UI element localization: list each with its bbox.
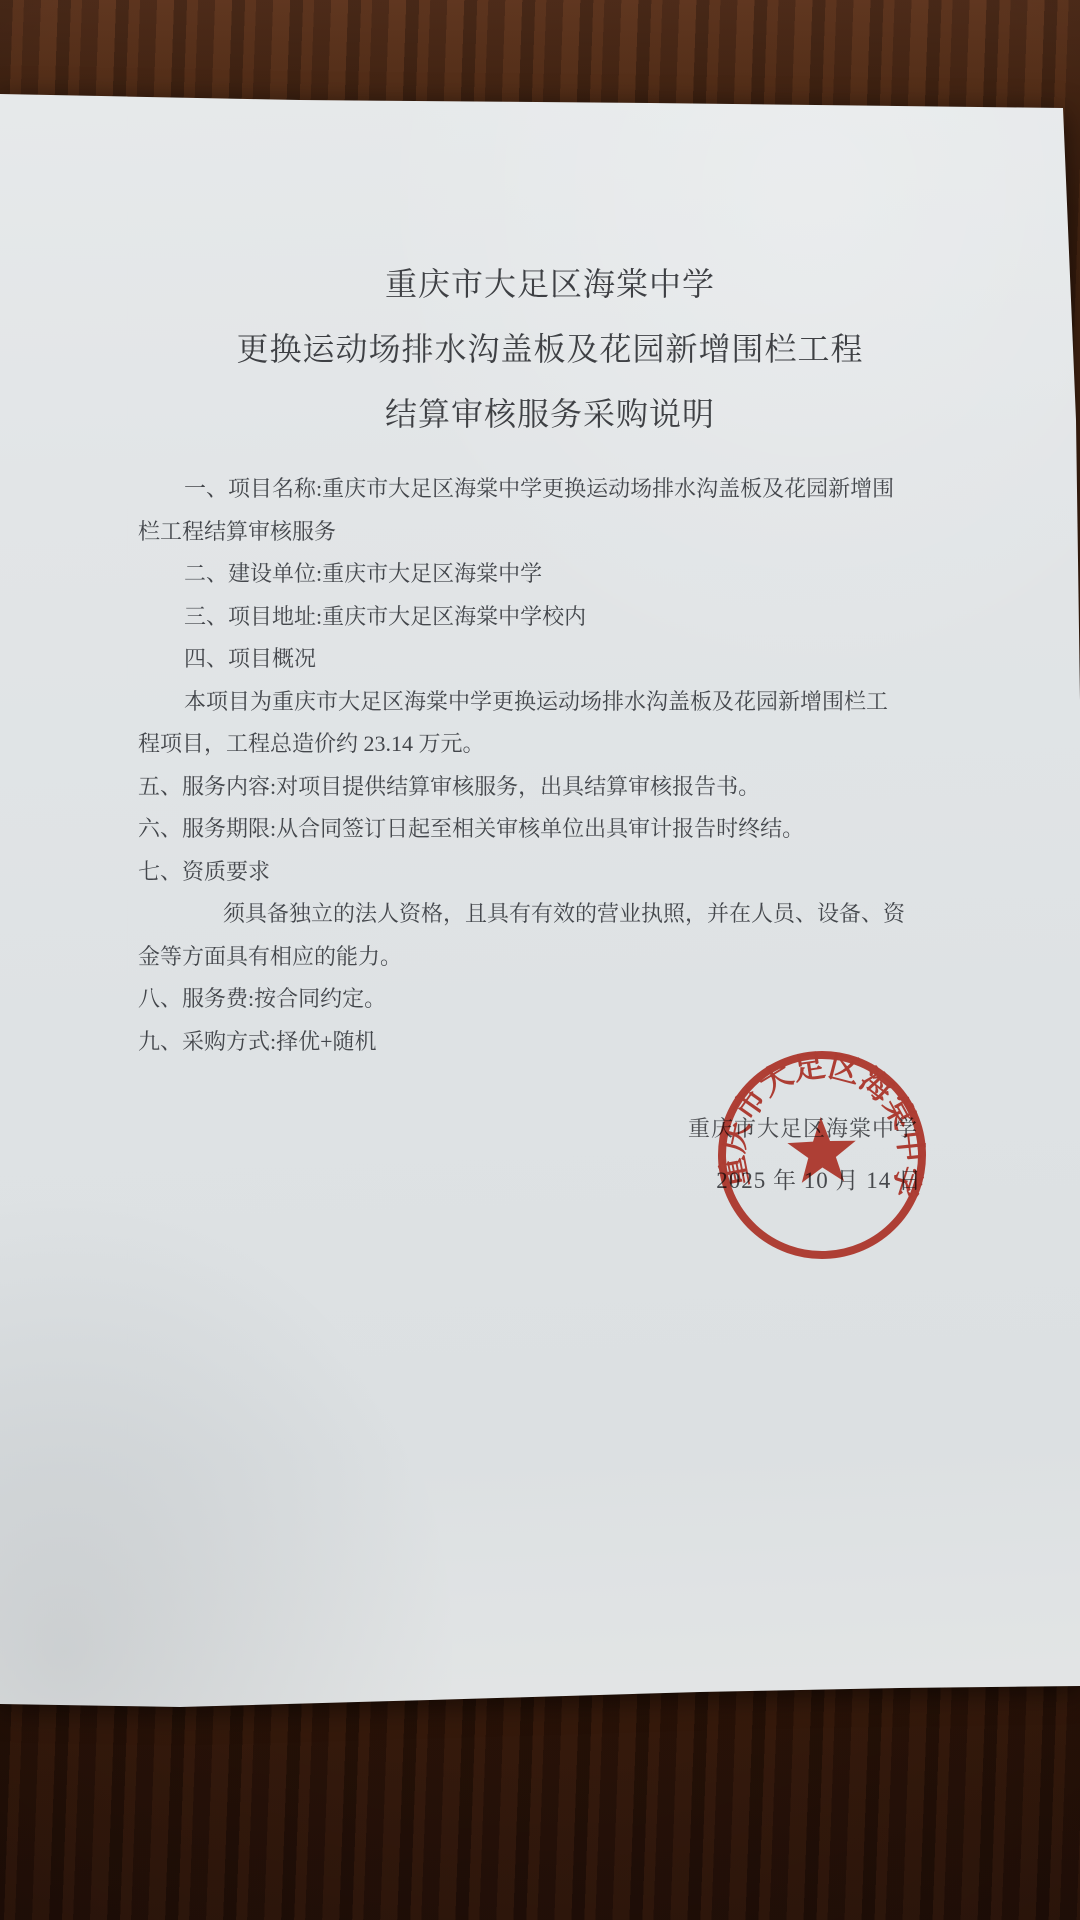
official-seal-stamp: 重庆市大足区海棠中学 bbox=[703, 1036, 941, 1274]
body-line: 金等方面具有相应的能力。 bbox=[138, 936, 938, 979]
document-page: 重庆市大足区海棠中学 更换运动场排水沟盖板及花园新增围栏工程 结算审核服务采购说… bbox=[0, 0, 1080, 1920]
red-star-icon bbox=[786, 1116, 857, 1183]
title-line-1: 重庆市大足区海棠中学 bbox=[150, 252, 950, 317]
body-line: 须具备独立的法人资格，且具有有效的营业执照，并在人员、设备、资 bbox=[138, 893, 938, 936]
body-line: 二、建设单位:重庆市大足区海棠中学 bbox=[138, 553, 938, 596]
body-line: 七、资质要求 bbox=[138, 851, 938, 894]
body-line: 五、服务内容:对项目提供结算审核服务，出具结算审核报告书。 bbox=[138, 766, 938, 809]
document-title: 重庆市大足区海棠中学 更换运动场排水沟盖板及花园新增围栏工程 结算审核服务采购说… bbox=[150, 252, 950, 447]
title-line-3: 结算审核服务采购说明 bbox=[150, 382, 950, 447]
title-line-2: 更换运动场排水沟盖板及花园新增围栏工程 bbox=[150, 317, 950, 382]
body-line: 三、项目地址:重庆市大足区海棠中学校内 bbox=[138, 596, 938, 639]
paper-shadow: 重庆市大足区海棠中学 更换运动场排水沟盖板及花园新增围栏工程 结算审核服务采购说… bbox=[0, 0, 1080, 1920]
document-body: 一、项目名称:重庆市大足区海棠中学更换运动场排水沟盖板及花园新增围 栏工程结算审… bbox=[138, 468, 938, 1063]
photo-background-wood-table: 重庆市大足区海棠中学 更换运动场排水沟盖板及花园新增围栏工程 结算审核服务采购说… bbox=[0, 0, 1080, 1920]
body-line: 本项目为重庆市大足区海棠中学更换运动场排水沟盖板及花园新增围栏工 bbox=[138, 681, 938, 724]
body-line: 八、服务费:按合同约定。 bbox=[138, 978, 938, 1021]
body-line: 程项目，工程总造价约 23.14 万元。 bbox=[138, 723, 938, 766]
body-line: 一、项目名称:重庆市大足区海棠中学更换运动场排水沟盖板及花园新增围 bbox=[138, 468, 938, 511]
body-line: 四、项目概况 bbox=[138, 638, 938, 681]
body-line: 六、服务期限:从合同签订日起至相关审核单位出具审计报告时终结。 bbox=[138, 808, 938, 851]
body-line: 栏工程结算审核服务 bbox=[138, 511, 938, 554]
